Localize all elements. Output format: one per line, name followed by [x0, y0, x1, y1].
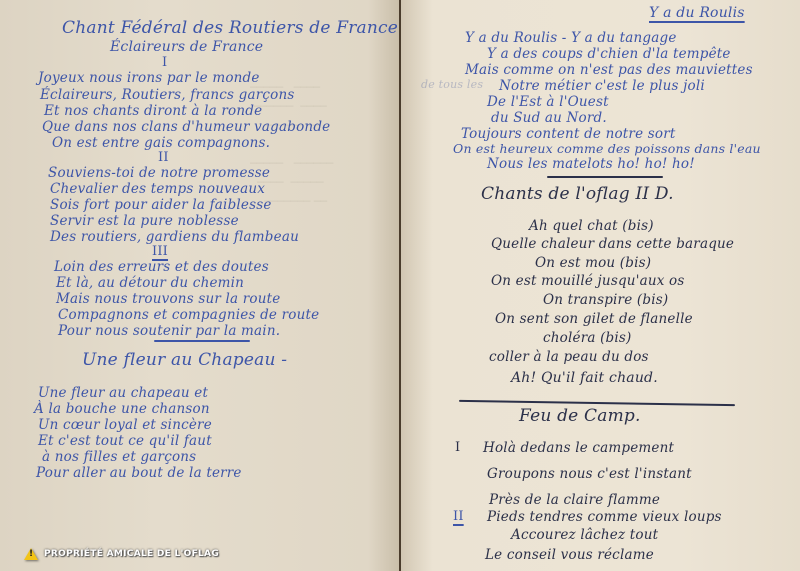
lyric-line: Pour aller au bout de la terre — [36, 465, 242, 481]
notebook-spread: ───── ──── ────── ──── ────── ── ───── ─… — [0, 0, 800, 571]
section-divider — [547, 176, 663, 178]
lyric-line: à nos filles et garçons — [42, 449, 196, 465]
lyric-line: On sent son gilet de flanelle — [495, 311, 693, 327]
lyric-line: coller à la peau du dos — [489, 349, 649, 365]
song1-title: Chant Fédéral des Routiers de France — [62, 18, 398, 38]
verse-numeral: II — [158, 150, 169, 165]
lyric-line: Un cœur loyal et sincère — [38, 417, 212, 433]
lyric-line: du Sud au Nord. — [491, 110, 607, 126]
lyric-line: Accourez lâchez tout — [511, 527, 658, 543]
song2-title: Une fleur au Chapeau - — [82, 350, 287, 370]
lyric-line: Nous les matelots ho! ho! ho! — [487, 156, 695, 172]
lyric-line: On transpire (bis) — [543, 292, 668, 308]
lyric-line: Une fleur au chapeau et — [38, 385, 208, 401]
lyric-line: À la bouche une chanson — [34, 401, 210, 417]
lyric-line: De l'Est à l'Ouest — [487, 94, 609, 110]
lyric-line: On est entre gais compagnons. — [52, 135, 270, 151]
lyric-line: Près de la claire flamme — [489, 492, 660, 508]
lyric-line: Servir est la pure noblesse — [50, 213, 239, 229]
lyric-line: Sois fort pour aider la faiblesse — [50, 197, 272, 213]
lyric-line: Joyeux nous irons par le monde — [38, 70, 260, 86]
lyric-line: Ah quel chat (bis) — [529, 218, 654, 234]
section-divider — [459, 400, 735, 406]
ownership-watermark: PROPRIÉTÉ AMICALE DE L'OFLAG — [24, 548, 219, 560]
lyric-line: Chevalier des temps nouveaux — [50, 181, 265, 197]
lyric-line: Compagnons et compagnies de route — [58, 307, 319, 323]
lyric-line: Y a des coups d'chien d'la tempête — [487, 46, 731, 62]
lyric-line: Ah! Qu'il fait chaud. — [511, 370, 658, 386]
lyric-line: Pour nous soutenir par la main. — [58, 323, 280, 339]
margin-note: de tous les — [421, 78, 483, 91]
section-divider — [154, 340, 250, 342]
lyric-line: Éclaireurs, Routiers, francs garçons — [40, 87, 295, 103]
lyric-line: Y a du Roulis - Y a du tangage — [465, 30, 677, 46]
verse-numeral: III — [152, 244, 168, 259]
right-page: Y a du Roulis Y a du Roulis - Y a du tan… — [401, 0, 800, 571]
lyric-line: Souviens-toi de notre promesse — [48, 165, 270, 181]
lyric-line: Groupons nous c'est l'instant — [487, 466, 692, 482]
lyric-line: Mais comme on n'est pas des mauviettes — [465, 62, 753, 78]
lyric-line: Et là, au détour du chemin — [56, 275, 244, 291]
lyric-line: On est heureux comme des poissons dans l… — [453, 141, 761, 156]
song5-title: Feu de Camp. — [519, 406, 641, 426]
lyric-line: On est mouillé jusqu'aux os — [491, 273, 685, 289]
lyric-line: Et nos chants diront à la ronde — [44, 103, 262, 119]
lyric-line: Quelle chaleur dans cette baraque — [491, 236, 734, 252]
warning-triangle-icon — [24, 548, 38, 560]
song1-subtitle: Éclaireurs de France — [110, 39, 263, 55]
song3-title: Y a du Roulis — [649, 5, 745, 21]
lyric-line: Des routiers, gardiens du flambeau — [50, 229, 299, 245]
lyric-line: Le conseil vous réclame — [485, 547, 654, 563]
lyric-line: Mais nous trouvons sur la route — [56, 291, 280, 307]
lyric-line: Holà dedans le campement — [483, 440, 674, 456]
lyric-line: Pieds tendres comme vieux loups — [487, 509, 722, 525]
lyric-line: Toujours content de notre sort — [461, 126, 676, 142]
watermark-text: PROPRIÉTÉ AMICALE DE L'OFLAG — [44, 549, 219, 559]
lyric-line: choléra (bis) — [543, 330, 632, 346]
song4-title: Chants de l'oflag II D. — [481, 184, 674, 204]
verse-numeral: I — [455, 440, 460, 455]
verse-numeral: II — [453, 509, 464, 524]
lyric-line: On est mou (bis) — [535, 255, 651, 271]
lyric-line: Et c'est tout ce qu'il faut — [38, 433, 212, 449]
lyric-line: Que dans nos clans d'humeur vagabonde — [42, 119, 330, 135]
verse-numeral: I — [162, 55, 167, 70]
left-page: ───── ──── ────── ──── ────── ── ───── ─… — [0, 0, 400, 571]
lyric-line: Notre métier c'est le plus joli — [499, 78, 705, 94]
lyric-line: Loin des erreurs et des doutes — [54, 259, 269, 275]
